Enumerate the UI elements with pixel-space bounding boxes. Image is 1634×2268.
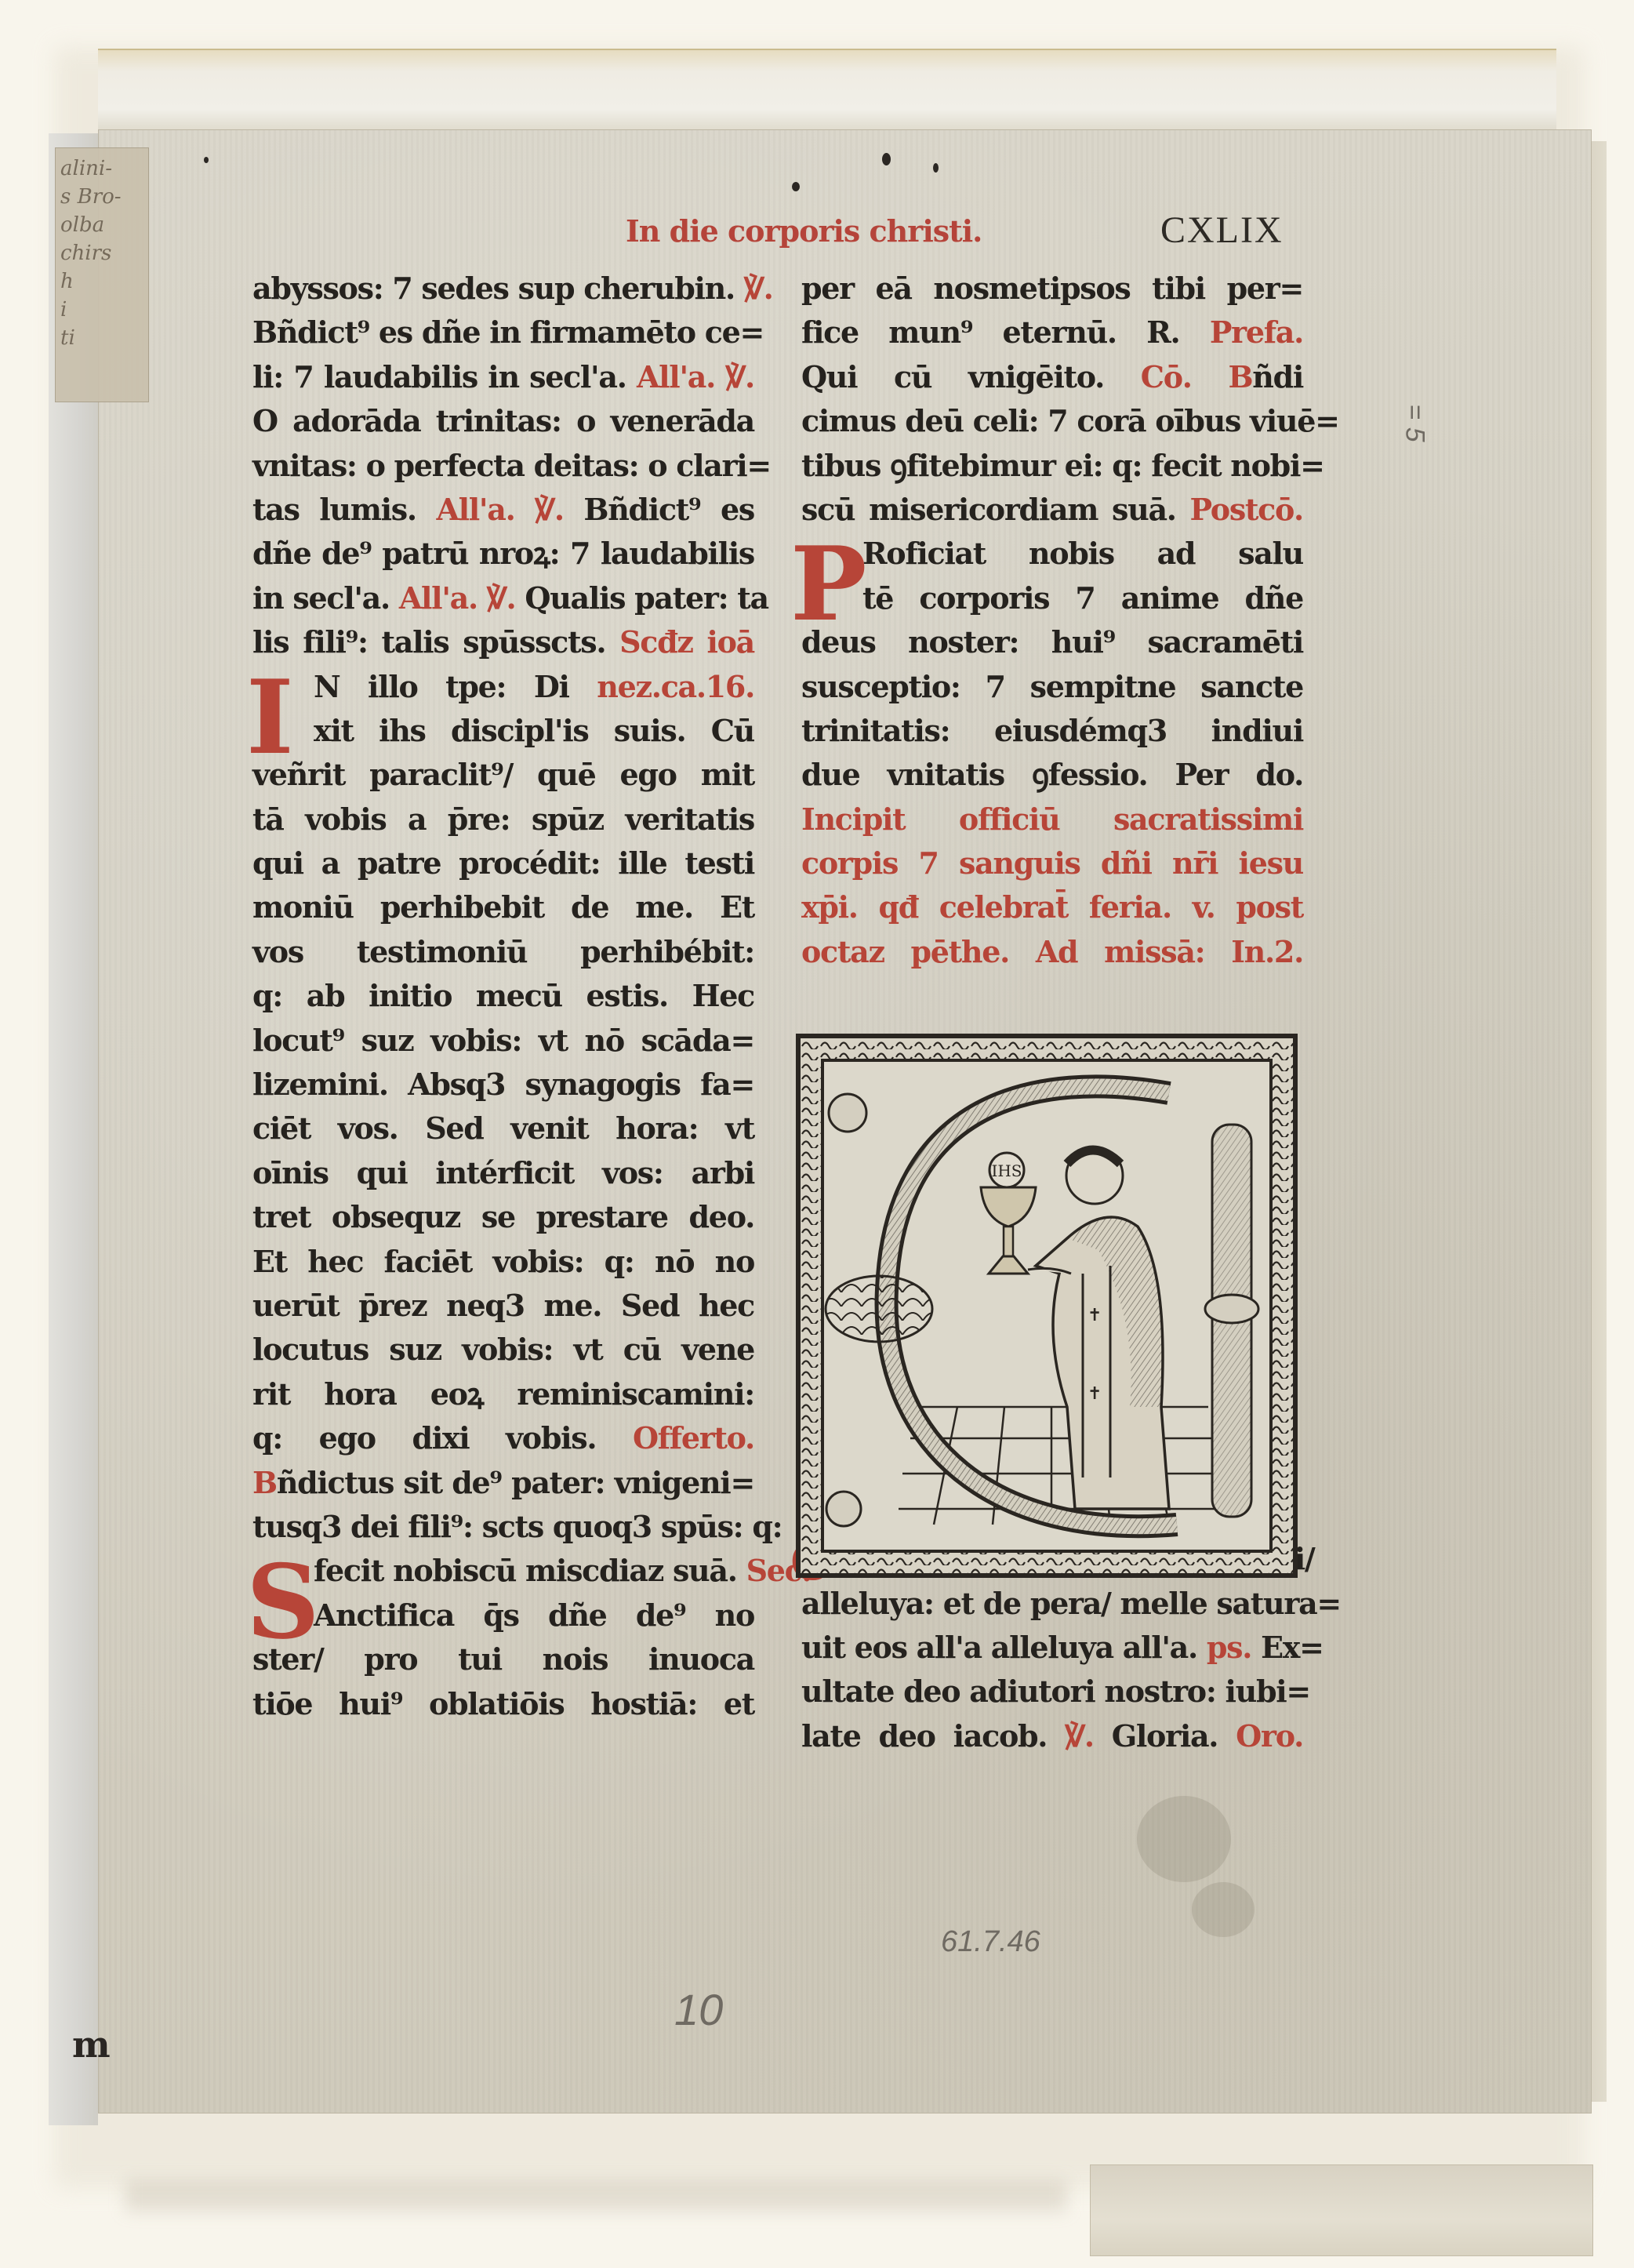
leaf-bottom-shadow [125,2180,1066,2212]
text-segment: Qualis pater: ta [515,580,768,616]
text-line: fecit nobiscū miscdiaz suā. Sec. [252,1549,754,1593]
text-segment: ciēt vos. Sed venit hora: vt [252,1110,754,1146]
rubric-segment: All'a. ℣. [436,492,563,527]
text-segment: O adorāda trinitas: o venerāda [252,403,754,438]
text-line: uerūt p̄rez neq3 me. Sed hec [252,1284,754,1328]
provenance-line: olba [60,211,143,239]
text-segment: xit ihs discipl'is suis. Cū [314,713,754,748]
text-line: Incipit officiū sacratissimi [801,798,1303,841]
text-segment: ster/ pro tui nois inuoca [252,1641,754,1677]
text-line: per eā nosmetipsos tibi per= [801,267,1303,311]
wormhole [792,182,800,191]
text-line: locut⁹ suz vobis: vt nō scāda= [252,1019,754,1063]
text-segment: oīnis qui intérficit vos: arbi [252,1155,754,1190]
text-segment: moniū perhibebit de me. Et [252,889,754,925]
rubric-segment: Oro. [1236,1718,1303,1754]
text-line: vnitas: o perfecta deitas: o clari= [252,444,754,488]
rubric-segment: Offerto. [633,1420,754,1456]
text-line: ster/ pro tui nois inuoca [252,1637,754,1681]
text-line: ultate deo adiutori nostro: iubi= [801,1670,1303,1714]
rubric-segment: All'a. ℣. [637,359,754,394]
rubricated-initial-i: I [246,667,294,769]
text-segment: Bñdict⁹ es [564,492,754,527]
text-segment: tas lumis. [252,492,436,527]
provenance-line: ti [60,324,143,352]
pencil-annotation-page-number: 10 [674,1984,723,2035]
text-segment: uit eos all'a alleluya all'a. [801,1630,1207,1665]
text-line: scū misericordiam suā. Postcō. [801,488,1303,532]
text-segment: tibus ꝯfitebimur ei: q: fecit nobi= [801,448,1324,483]
text-line: xp̄i. qđ celebrat̄ feria. v. post [801,885,1303,929]
text-segment: q: ego dixi vobis. [252,1420,633,1456]
text-segment: abyssos: 7 sedes sup cherubin. [252,271,744,306]
text-segment: in secl'a. [252,580,399,616]
rubric-segment: xp̄i. qđ celebrat̄ feria. v. post [801,889,1303,925]
rubric-segment: ℣. [744,271,773,306]
text-line: O adorāda trinitas: o venerāda [252,399,754,443]
svg-text:IHS: IHS [991,1161,1022,1180]
rubric-segment: octaz pēthe. Ad missā: In.2. [801,934,1303,969]
text-segment: Ex= [1251,1630,1324,1665]
text-line: abyssos: 7 sedes sup cherubin. ℣. [252,267,754,311]
text-line: lizemini. Absq3 synagogis fa= [252,1063,754,1107]
text-segment: Qui cū vnigēito. [801,359,1141,394]
text-line: q: ab initio mecū estis. Hec [252,974,754,1018]
text-line: N illo tpe: Di nez.ca.16. [252,665,754,709]
text-segment: tē corporis 7 anime dñe [862,580,1303,616]
text-line: tiōe hui⁹ oblatiōis hostiā: et [252,1682,754,1726]
text-segment: locut⁹ suz vobis: vt nō scāda= [252,1023,754,1058]
paper-flap-bottom [1090,2164,1593,2256]
text-segment: tret obsequz se prestare deo. [252,1199,754,1234]
rubric-segment: corpis 7 sanguis dñi nr̄i iesu [801,845,1303,881]
text-line: oīnis qui intérficit vos: arbi [252,1151,754,1195]
text-line: locutus suz vobis: vt cū vene [252,1328,754,1372]
text-line: rit hora eoꝝ reminiscamini: [252,1372,754,1416]
text-line: Roficiat nobis ad salu [801,532,1303,576]
stain [1137,1796,1231,1882]
text-line: fice mun⁹ eternū. R. Prefa. [801,311,1303,354]
rubric-segment: ℣. [1065,1718,1094,1754]
rubric-segment: Incipit officiū sacratissimi [801,801,1303,837]
text-line: alleluya: et de pera/ melle satura= [801,1582,1303,1626]
text-segment: vnitas: o perfecta deitas: o clari= [252,448,771,483]
text-line: in secl'a. All'a. ℣. Qualis pater: ta [252,576,754,620]
text-line: tā vobis a p̄re: spūz veritatis [252,798,754,841]
text-column-left: abyssos: 7 sedes sup cherubin. ℣.Bñdict⁹… [252,267,754,1726]
rubric-segment: B [252,1465,277,1500]
text-segment: veñrit paraclit⁹/ quē ego mit [252,757,754,792]
text-line: due vnitatis ꝯfessio. Per do. [801,753,1303,797]
text-segment: Roficiat nobis ad salu [862,536,1303,571]
text-line: tusq3 dei fili⁹: scts quoq3 spūs: q: [252,1505,754,1549]
text-segment: trinitatis: eiusdémq3 indiui [801,713,1303,748]
provenance-line: alini- [60,154,143,183]
text-segment: locutus suz vobis: vt cū vene [252,1332,754,1367]
text-segment: ñdictus sit de⁹ pater: vnigeni= [277,1465,754,1500]
text-line: deus noster: hui⁹ sacramēti [801,620,1303,664]
text-segment: N illo tpe: Di [314,669,597,704]
text-line: ciēt vos. Sed venit hora: vt [252,1107,754,1150]
text-segment: susceptio: 7 sempitne sancte [801,669,1303,704]
text-line: dñe de⁹ patrū nroꝝ: 7 laudabilis [252,532,754,576]
svg-text:✝: ✝ [1088,1384,1102,1404]
text-segment: Anctifica q̄s dñe de⁹ no [314,1597,754,1633]
text-segment: uerūt p̄rez neq3 me. Sed hec [252,1288,754,1323]
text-line: tret obsequz se prestare deo. [252,1195,754,1239]
rubric-segment: ps. [1207,1630,1251,1665]
text-segment: lis fili⁹: talis spūsscts. [252,624,619,660]
provenance-line: s Bro- [60,183,143,211]
text-line: tibus ꝯfitebimur ei: q: fecit nobi= [801,444,1303,488]
text-line: uit eos all'a alleluya all'a. ps. Ex= [801,1626,1303,1670]
stain [1192,1882,1255,1937]
text-segment: cimus deū celi: 7 corā oībus viuē= [801,403,1339,438]
pencil-annotation-inventory: 61.7.46 [941,1925,1040,1959]
text-segment: scū misericordiam suā. [801,492,1190,527]
text-line: li: 7 laudabilis in secl'a. All'a. ℣. [252,355,754,399]
wormhole [933,163,939,173]
text-segment: qui a patre procédit: ille testi [252,845,754,881]
text-line: lis fili⁹: talis spūsscts. Scđz ioā [252,620,754,664]
text-segment: due vnitatis ꝯfessio. Per do. [801,757,1303,792]
text-segment: deus noster: hui⁹ sacramēti [801,624,1303,660]
text-line: late deo iacob. ℣. Gloria. Oro. [801,1714,1303,1758]
pencil-annotation-margin: = 5 [1400,404,1430,442]
provenance-line: chirs [60,239,143,267]
rubric-segment: Postcō. [1190,492,1303,527]
text-segment: tiōe hui⁹ oblatiōis hostiā: et [252,1686,754,1721]
text-line: xit ihs discipl'is suis. Cū [252,709,754,753]
text-line: Anctifica q̄s dñe de⁹ no [252,1594,754,1637]
text-segment: per eā nosmetipsos tibi per= [801,271,1303,306]
text-segment: fice mun⁹ eternū. R. [801,314,1210,350]
wormhole [204,157,209,163]
text-line: cimus deū celi: 7 corā oībus viuē= [801,399,1303,443]
provenance-label: alini- s Bro- olba chirs h i ti [55,147,149,402]
text-segment: tā vobis a p̄re: spūz veritatis [252,801,754,837]
woodcut-priest-chalice-icon: IHS ✝ ✝ [801,1038,1293,1573]
text-segment: lizemini. Absq3 synagogis fa= [252,1067,754,1102]
stamp-mark: m [72,2023,111,2066]
text-segment: ñdi [1252,359,1303,394]
text-line: Bñdict⁹ es dñe in firmamēto ce= [252,311,754,354]
text-segment: Bñdict⁹ es dñe in firmamēto ce= [252,314,764,350]
folio-number: CXLIX [1160,209,1284,252]
text-line: octaz pēthe. Ad missā: In.2. [801,930,1303,974]
wormhole [882,153,891,165]
text-line: qui a patre procédit: ille testi [252,841,754,885]
mount-strip-top [98,49,1556,135]
provenance-line: h [60,267,143,296]
text-line: veñrit paraclit⁹/ quē ego mit [252,753,754,797]
text-segment: fecit nobiscū miscdiaz suā. [314,1553,746,1588]
text-segment: late deo iacob. [801,1718,1065,1754]
text-line: tas lumis. All'a. ℣. Bñdict⁹ es [252,488,754,532]
text-segment: dñe de⁹ patrū nroꝝ: 7 laudabilis [252,536,754,571]
text-segment: Et hec faciēt vobis: q: nō no [252,1244,754,1279]
rubricated-initial-p: P [790,533,867,635]
rubric-segment: All'a. ℣. [399,580,516,616]
text-line: Bñdictus sit de⁹ pater: vnigeni= [252,1461,754,1505]
text-line: tē corporis 7 anime dñe [801,576,1303,620]
text-line: q: ego dixi vobis. Offerto. [252,1416,754,1460]
rubric-segment: Scđz ioā [619,624,754,660]
rubricated-initial-s: S [246,1551,320,1653]
text-line: vos testimoniū perhibébit: [252,930,754,974]
text-line: Et hec faciēt vobis: q: nō no [252,1240,754,1284]
rubric-segment: Cō. B [1141,359,1253,394]
text-segment: vos testimoniū perhibébit: [252,934,754,969]
text-line: corpis 7 sanguis dñi nr̄i iesu [801,841,1303,885]
text-segment: ultate deo adiutori nostro: iubi= [801,1674,1310,1709]
rubric-segment: Prefa. [1210,314,1303,350]
text-segment: rit hora eoꝝ reminiscamini: [252,1376,754,1412]
text-line: trinitatis: eiusdémq3 indiui [801,709,1303,753]
text-line: moniū perhibebit de me. Et [252,885,754,929]
text-segment: tusq3 dei fili⁹: scts quoq3 spūs: q: [252,1509,782,1544]
running-head: In die corporis christi. [626,213,982,249]
text-segment: alleluya: et de pera/ melle satura= [801,1586,1341,1621]
text-line: Qui cū vnigēito. Cō. Bñdi [801,355,1303,399]
text-segment: q: ab initio mecū estis. Hec [252,978,754,1013]
provenance-line: i [60,296,143,324]
text-segment: Gloria. [1094,1718,1236,1754]
mount-tab-left [49,133,98,2125]
text-line: susceptio: 7 sempitne sancte [801,665,1303,709]
text-segment: li: 7 laudabilis in secl'a. [252,359,637,394]
rubric-segment: nez.ca.16. [597,669,754,704]
svg-text:✝: ✝ [1088,1306,1102,1325]
woodcut-illustration: IHS ✝ ✝ [796,1034,1298,1578]
